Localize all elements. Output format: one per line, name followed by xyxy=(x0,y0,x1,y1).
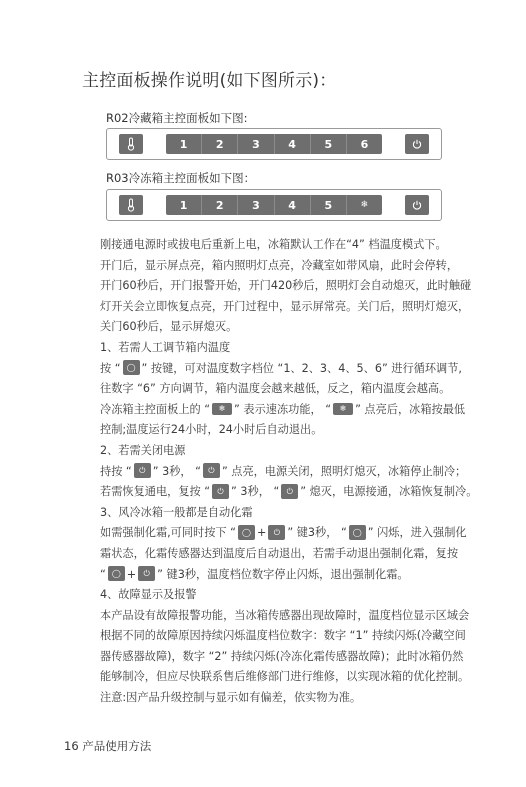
level-key-3[interactable]: 3 xyxy=(238,195,274,215)
thermometer-button[interactable] xyxy=(119,195,143,215)
snowflake-icon: ❄ xyxy=(212,403,232,415)
section-3-line: 霜状态，化霜传感器达到温度后自动退出，若需手动退出强制化霜，复按 xyxy=(100,544,510,565)
section-2-line: 持按 “⏻” 3秒， “⏻” 点亮，电源关闭，照明灯熄灭，冰箱停止制冷； xyxy=(100,462,510,483)
level-key-5[interactable]: 5 xyxy=(311,134,347,154)
intro-line: 开门后，显示屏点亮，箱内照明灯点亮，冷藏室如带风扇，此时会停转， xyxy=(100,256,510,277)
section-1-line: 往数字 “6” 方向调节，箱内温度会越来越低，反之，箱内温度会越高。 xyxy=(100,379,510,400)
section-2-line: 若需恢复通电，复按 “⏻” 3秒， “⏻” 熄灭，电源接通，冰箱恢复制冷。 xyxy=(100,482,510,503)
level-key-5[interactable]: 5 xyxy=(311,195,347,215)
power-icon: ⏻ xyxy=(203,463,220,478)
panel-r03-label: R03冷冻箱主控面板如下图： xyxy=(106,170,255,186)
quick-freeze-key[interactable]: ❄ xyxy=(347,195,382,215)
power-icon: ⏻ xyxy=(268,525,285,540)
intro-line: 灯开关会立即恢复点亮，开门过程中，显示屏常亮。关门后，照明灯熄灭， xyxy=(100,297,510,318)
thermometer-icon xyxy=(126,137,136,151)
power-icon: ⏻ xyxy=(138,566,155,581)
control-panel-r03: 1 2 3 4 5 ❄ xyxy=(106,189,442,221)
section-4-line: 根据不同的故障原因持续闪烁温度档位数字：数字 “1” 持续闪烁(冷藏空间 xyxy=(100,626,510,647)
power-icon: ⏻ xyxy=(134,463,151,478)
section-4-note: 注意:因产品升级控制与显示如有偏差，依实物为准。 xyxy=(100,688,510,709)
power-icon: ⏻ xyxy=(212,484,229,499)
level-key-4[interactable]: 4 xyxy=(275,134,311,154)
section-4-line: 本产品设有故障报警功能，当冰箱传感器出现故障时，温度档位显示区域会 xyxy=(100,606,510,627)
section-4-line: 能够制冷，但应尽快联系售后维修部门进行维修，以实现冰箱的优化控制。 xyxy=(100,667,510,688)
thermometer-icon: ◯ xyxy=(123,360,140,375)
section-3-line: 如需强制化霜,可同时按下 “◯+⏻” 键3秒， “◯” 闪烁，进入强制化 xyxy=(100,523,510,544)
panel-r02-label: R02冷藏箱主控面板如下图: xyxy=(106,110,248,126)
instructions-body: 刚接通电源时或拔电后重新上电，冰箱默认工作在“4” 档温度模式下。 开门后，显示… xyxy=(100,235,510,709)
intro-line: 关门60秒后，显示屏熄灭。 xyxy=(100,317,510,338)
thermometer-button[interactable] xyxy=(119,134,143,154)
power-icon xyxy=(412,139,422,149)
section-1-heading: 1、若需人工调节箱内温度 xyxy=(100,338,510,359)
level-key-4[interactable]: 4 xyxy=(275,195,311,215)
power-button[interactable] xyxy=(405,134,429,154)
power-button[interactable] xyxy=(405,195,429,215)
level-key-3[interactable]: 3 xyxy=(238,134,274,154)
control-panel-r02: 1 2 3 4 5 6 xyxy=(106,128,442,160)
level-key-2[interactable]: 2 xyxy=(202,134,238,154)
intro-line: 刚接通电源时或拔电后重新上电，冰箱默认工作在“4” 档温度模式下。 xyxy=(100,235,510,256)
temperature-levels: 1 2 3 4 5 6 xyxy=(166,134,382,154)
section-3-line: “◯+⏻” 键3秒，温度档位数字停止闪烁，退出强制化霜。 xyxy=(100,565,510,586)
level-key-1[interactable]: 1 xyxy=(166,195,202,215)
section-1-line: 控制;温度运行24小时，24小时后自动退出。 xyxy=(100,420,510,441)
section-1-line: 按 “◯” 按键，可对温度数字档位 “1、2、3、4、5、6” 进行循环调节, xyxy=(100,359,510,380)
snowflake-icon: ❄ xyxy=(333,403,353,415)
section-3-heading: 3、风冷冰箱一般都是自动化霜 xyxy=(100,503,510,524)
page-footer: 16 产品使用方法 xyxy=(64,738,151,754)
thermometer-icon: ◯ xyxy=(349,525,366,540)
section-2-heading: 2、若需关闭电源 xyxy=(100,441,510,462)
section-4-heading: 4、故障显示及报警 xyxy=(100,585,510,606)
power-icon xyxy=(412,200,422,210)
section-1-line: 冷冻箱主控面板上的 “❄” 表示速冻功能， “❄” 点亮后，冰箱按最低 xyxy=(100,400,510,421)
thermometer-icon: ◯ xyxy=(108,566,125,581)
thermometer-icon: ◯ xyxy=(238,525,255,540)
section-4-line: 器传感器故障)，数字 “2” 持续闪烁(冷冻化霜传感器故障)；此时冰箱仍然 xyxy=(100,647,510,668)
intro-line: 开门60秒后，开门报警开始，开门420秒后，照明灯会自动熄灭，此时触碰 xyxy=(100,276,510,297)
level-key-1[interactable]: 1 xyxy=(166,134,202,154)
power-icon: ⏻ xyxy=(281,484,298,499)
level-key-2[interactable]: 2 xyxy=(202,195,238,215)
page-title: 主控面板操作说明(如下图所示)： xyxy=(82,66,336,91)
temperature-levels: 1 2 3 4 5 ❄ xyxy=(166,195,382,215)
level-key-6[interactable]: 6 xyxy=(347,134,382,154)
thermometer-icon xyxy=(126,198,136,212)
